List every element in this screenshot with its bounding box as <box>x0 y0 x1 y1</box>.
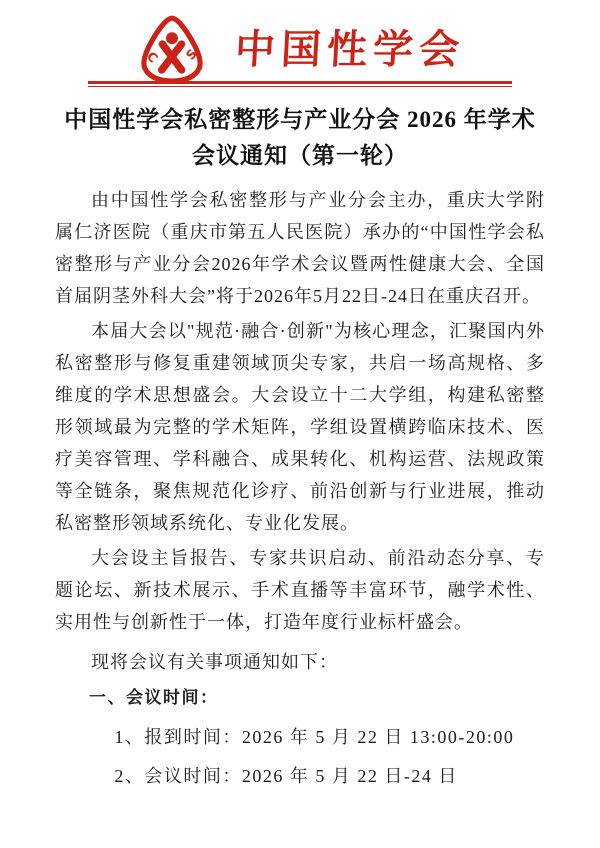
list-item-registration-time: 1、报到时间：2026 年 5 月 22 日 13:00-20:00 <box>55 721 545 753</box>
letterhead-row: C S 中国性学会 <box>0 13 600 87</box>
document-page: C S 中国性学会 中国性学会私密整形与产业分会 2026 年学术 会议通知（第… <box>0 0 600 848</box>
document-body: 由中国性学会私密整形与产业分会主办，重庆大学附属仁济医院（重庆市第五人民医院）承… <box>55 184 545 792</box>
list-item-meeting-time: 2、会议时间：2026 年 5 月 22 日-24 日 <box>55 760 545 792</box>
org-logo-icon: C S <box>135 13 209 87</box>
org-name: 中国性学会 <box>234 30 466 70</box>
document-title-line2: 会议通知（第一轮） <box>192 143 408 168</box>
document-title: 中国性学会私密整形与产业分会 2026 年学术 会议通知（第一轮） <box>40 102 560 174</box>
document-title-line1: 中国性学会私密整形与产业分会 2026 年学术 <box>64 107 536 132</box>
section-heading-meeting-time: 一、会议时间： <box>55 682 545 714</box>
paragraph-program: 大会设主旨报告、专家共识启动、前沿动态分享、专题论坛、新技术展示、手术直播等丰富… <box>55 542 545 638</box>
letterhead: C S 中国性学会 <box>0 0 600 87</box>
paragraph-notice-lead: 现将会议有关事项通知如下： <box>55 646 545 678</box>
paragraph-host-info: 由中国性学会私密整形与产业分会主办，重庆大学附属仁济医院（重庆市第五人民医院）承… <box>55 184 545 312</box>
paragraph-theme: 本届大会以"规范·融合·创新"为核心理念，汇聚国内外私密整形与修复重建领域顶尖专… <box>55 315 545 539</box>
